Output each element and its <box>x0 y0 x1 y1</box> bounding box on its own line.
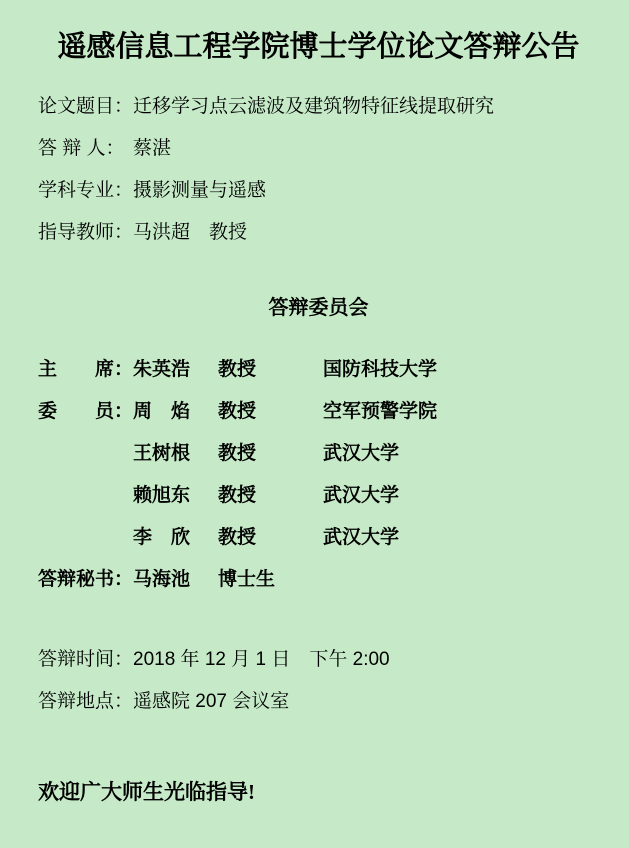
member-role: 答辩秘书： <box>38 559 133 601</box>
member-name: 王树根 <box>133 433 218 475</box>
info-row-advisor: 指导教师： 马洪超 教授 <box>38 212 599 254</box>
member-title: 教授 <box>218 475 323 517</box>
member-name: 朱英浩 <box>133 349 218 391</box>
member-affiliation: 武汉大学 <box>323 433 599 475</box>
member-affiliation: 空军预警学院 <box>323 391 599 433</box>
field-value: 2018 年 12 月 1 日 下午 2:00 <box>133 639 599 681</box>
schedule-row-time: 答辩时间： 2018 年 12 月 1 日 下午 2:00 <box>38 639 599 681</box>
schedule-row-location: 答辩地点： 遥感院 207 会议室 <box>38 681 599 723</box>
field-label: 答辩地点： <box>38 681 133 723</box>
member-name: 周 焰 <box>133 391 218 433</box>
schedule-section: 答辩时间： 2018 年 12 月 1 日 下午 2:00 答辩地点： 遥感院 … <box>38 639 599 723</box>
field-label: 指导教师： <box>38 212 133 254</box>
member-title: 教授 <box>218 517 323 559</box>
committee-heading: 答辩委员会 <box>38 294 599 322</box>
committee-table: 主 席： 朱英浩 教授 国防科技大学 委 员： 周 焰 教授 空军预警学院 王树… <box>38 349 599 601</box>
member-affiliation <box>323 559 599 601</box>
member-role <box>38 475 133 517</box>
committee-row-member: 委 员： 周 焰 教授 空军预警学院 <box>38 391 599 433</box>
committee-row-chair: 主 席： 朱英浩 教授 国防科技大学 <box>38 349 599 391</box>
field-value: 摄影测量与遥感 <box>133 170 599 212</box>
field-value: 遥感院 207 会议室 <box>133 681 599 723</box>
member-role <box>38 517 133 559</box>
committee-row-member: 王树根 教授 武汉大学 <box>38 433 599 475</box>
committee-row-member: 赖旭东 教授 武汉大学 <box>38 475 599 517</box>
member-affiliation: 国防科技大学 <box>323 349 599 391</box>
field-label: 学科专业： <box>38 170 133 212</box>
field-label: 答辩时间： <box>38 639 133 681</box>
member-affiliation: 武汉大学 <box>323 517 599 559</box>
welcome-message: 欢迎广大师生光临指导! <box>38 777 599 807</box>
member-title: 教授 <box>218 433 323 475</box>
committee-row-secretary: 答辩秘书： 马海池 博士生 <box>38 559 599 601</box>
member-affiliation: 武汉大学 <box>323 475 599 517</box>
announcement-page: 遥感信息工程学院博士学位论文答辩公告 论文题目： 迁移学习点云滤波及建筑物特征线… <box>0 0 629 848</box>
field-value: 迁移学习点云滤波及建筑物特征线提取研究 <box>133 86 599 128</box>
member-title: 教授 <box>218 349 323 391</box>
page-title: 遥感信息工程学院博士学位论文答辩公告 <box>38 30 599 65</box>
member-name: 李 欣 <box>133 517 218 559</box>
field-label: 论文题目： <box>38 86 133 128</box>
member-role <box>38 433 133 475</box>
info-row-major: 学科专业： 摄影测量与遥感 <box>38 170 599 212</box>
member-role: 委 员： <box>38 391 133 433</box>
member-title: 教授 <box>218 391 323 433</box>
member-name: 马海池 <box>133 559 218 601</box>
field-value: 蔡湛 <box>133 128 599 170</box>
field-value: 马洪超 教授 <box>133 212 599 254</box>
member-title: 博士生 <box>218 559 323 601</box>
member-name: 赖旭东 <box>133 475 218 517</box>
field-label: 答 辩 人： <box>38 128 133 170</box>
member-role: 主 席： <box>38 349 133 391</box>
info-row-defender: 答 辩 人： 蔡湛 <box>38 128 599 170</box>
info-section: 论文题目： 迁移学习点云滤波及建筑物特征线提取研究 答 辩 人： 蔡湛 学科专业… <box>38 86 599 254</box>
committee-row-member: 李 欣 教授 武汉大学 <box>38 517 599 559</box>
info-row-thesis-title: 论文题目： 迁移学习点云滤波及建筑物特征线提取研究 <box>38 86 599 128</box>
